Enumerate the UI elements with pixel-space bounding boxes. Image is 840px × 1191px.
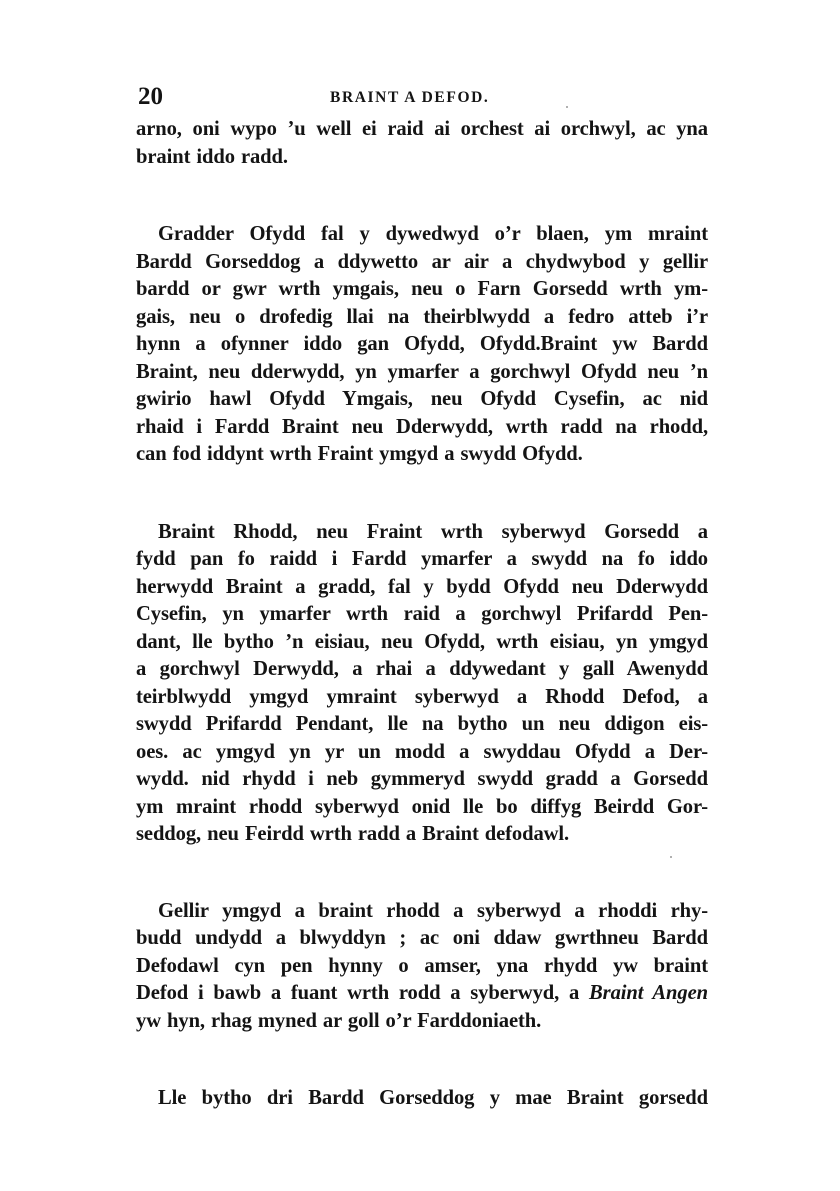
text-segment: Defod i bawb a fuant wrth rodd a syberwy… <box>136 982 589 1004</box>
paragraph-gellir-ymgyd: Gellir ymgyd a braint rhodd a syberwyd a… <box>136 898 708 1036</box>
paragraph-braint-rhodd: Braint Rhodd, neu Fraint wrth syberwyd G… <box>136 519 708 849</box>
text-line: gais, neu o drofedig llai na theirblwydd… <box>136 304 708 332</box>
text-line: hynn a ofynner iddo gan Ofydd, Ofydd.Bra… <box>136 331 708 359</box>
text-line: Bardd Gorseddog a ddywetto ar air a chyd… <box>136 249 708 277</box>
text-line: herwydd Braint a gradd, fal y bydd Ofydd… <box>136 574 708 602</box>
paragraph-continuation: arno, oni wypo ’u well ei raid ai orches… <box>136 116 708 171</box>
scan-speck <box>670 856 672 858</box>
text-line: bardd or gwr wrth ymgais, neu o Farn Gor… <box>136 276 708 304</box>
text-line: swydd Prifardd Pendant, lle na bytho un … <box>136 711 708 739</box>
text-line: seddog, neu Feirdd wrth radd a Braint de… <box>136 821 708 849</box>
text-line: oes. ac ymgyd yn yr un modd a swyddau Of… <box>136 739 708 767</box>
italic-term-braint-angen: Braint Angen <box>589 982 708 1004</box>
text-line: gwirio hawl Ofydd Ymgais, neu Ofydd Cyse… <box>136 386 708 414</box>
book-page: 20 BRAINT A DEFOD. arno, oni wypo ’u wel… <box>136 82 708 1113</box>
page-number: 20 <box>138 82 163 112</box>
running-title: BRAINT A DEFOD. <box>330 87 489 109</box>
text-line: Defodawl cyn pen hynny o amser, yna rhyd… <box>136 953 708 981</box>
text-line: Gellir ymgyd a braint rhodd a syberwyd a… <box>136 898 708 926</box>
text-line: fydd pan fo raidd i Fardd ymarfer a swyd… <box>136 546 708 574</box>
text-line: a gorchwyl Derwydd, a rhai a ddywedant y… <box>136 656 708 684</box>
text-line: budd undydd a blwyddyn ; ac oni ddaw gwr… <box>136 925 708 953</box>
running-head: 20 BRAINT A DEFOD. <box>136 82 708 112</box>
text-line: yw hyn, rhag myned ar goll o’r Farddonia… <box>136 1008 708 1036</box>
paragraph-gradder-ofydd: Gradder Ofydd fal y dywedwyd o’r blaen, … <box>136 221 708 469</box>
text-line: Cysefin, yn ymarfer wrth raid a gorchwyl… <box>136 601 708 629</box>
paragraph-lle-bytho: Lle bytho dri Bardd Gorseddog y mae Brai… <box>136 1085 708 1113</box>
text-line: arno, oni wypo ’u well ei raid ai orches… <box>136 116 708 144</box>
text-line: Braint Rhodd, neu Fraint wrth syberwyd G… <box>136 519 708 547</box>
text-line: dant, lle bytho ’n eisiau, neu Ofydd, wr… <box>136 629 708 657</box>
text-line: braint iddo radd. <box>136 144 708 172</box>
text-line: can fod iddynt wrth Fraint ymgyd a swydd… <box>136 441 708 469</box>
text-line: ym mraint rhodd syberwyd onid lle bo dif… <box>136 794 708 822</box>
text-line: Gradder Ofydd fal y dywedwyd o’r blaen, … <box>136 221 708 249</box>
text-line: wydd. nid rhydd i neb gymmeryd swydd gra… <box>136 766 708 794</box>
text-line: teirblwydd ymgyd ymraint syberwyd a Rhod… <box>136 684 708 712</box>
scan-speck <box>566 106 568 108</box>
text-line: rhaid i Fardd Braint neu Dderwydd, wrth … <box>136 414 708 442</box>
text-line: Braint, neu dderwydd, yn ymarfer a gorch… <box>136 359 708 387</box>
text-line: Lle bytho dri Bardd Gorseddog y mae Brai… <box>136 1085 708 1113</box>
text-line-with-italic: Defod i bawb a fuant wrth rodd a syberwy… <box>136 980 708 1008</box>
